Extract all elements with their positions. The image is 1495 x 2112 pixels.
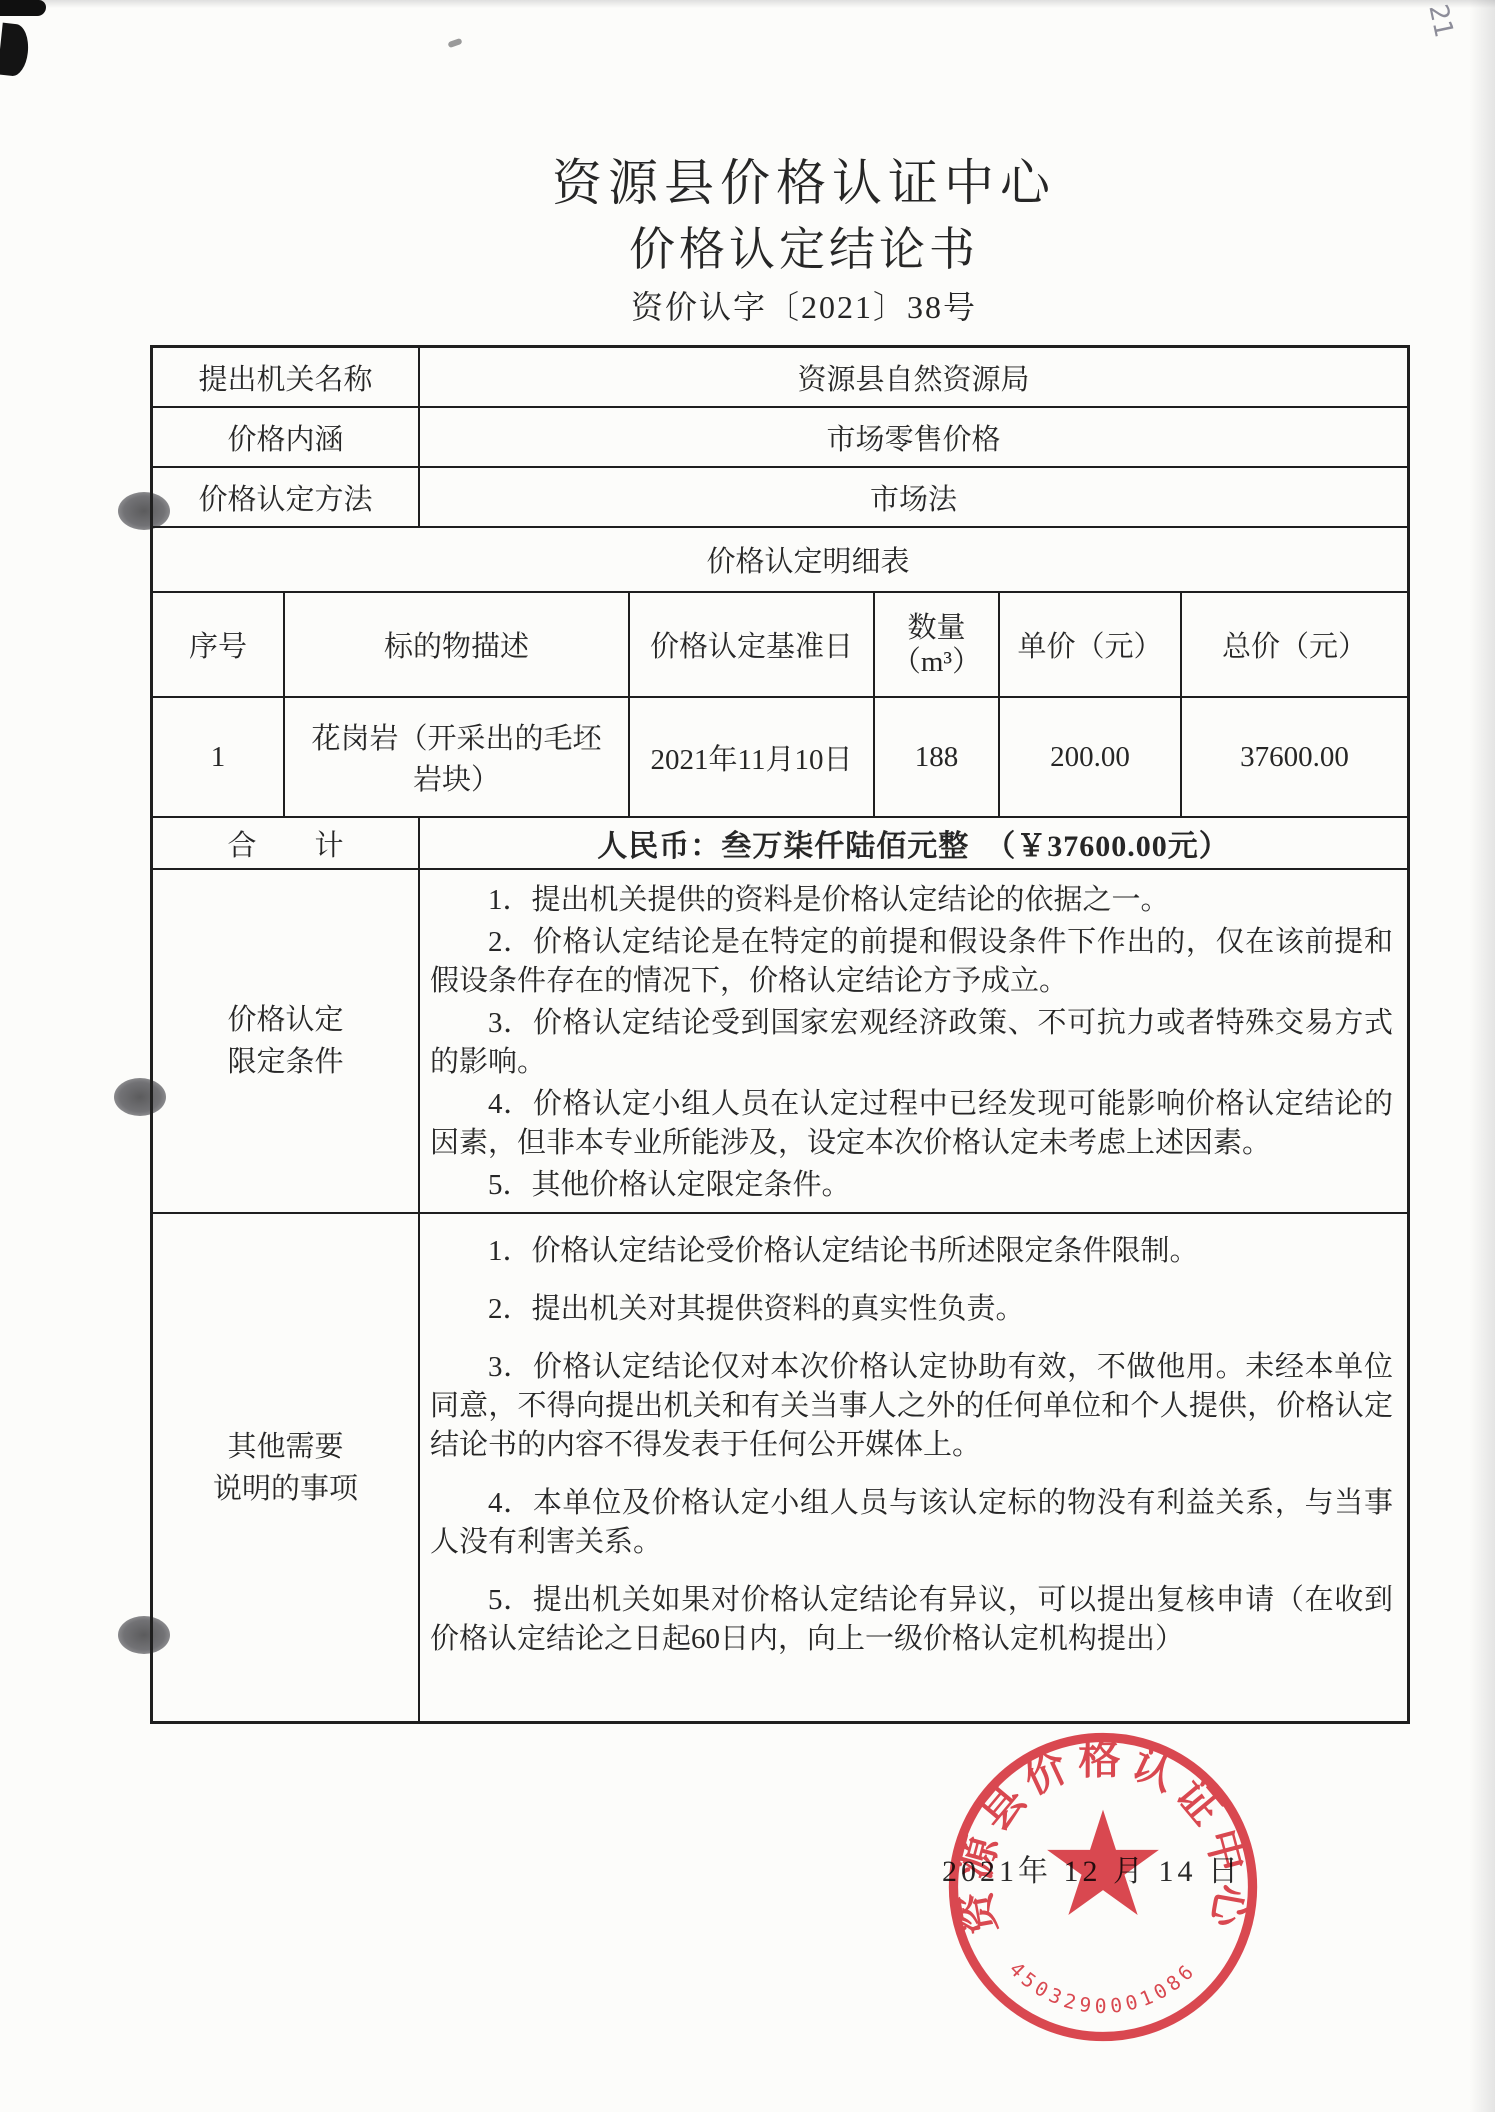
scan-smudge [447,38,462,48]
note-item: 4．本单位及价格认定小组人员与该认定标的物没有利益关系，与当事人没有利害关系。 [430,1484,1393,1562]
document-title: 价格认定结论书 [178,218,1430,282]
other-notes-row: 其他需要 说明的事项 1．价格认定结论受价格认定结论书所述限定条件限制。 2．提… [153,1212,1407,1721]
limit-item: 1．提出机关提供的资料是价格认定结论的依据之一。 [430,881,1393,920]
cell-quantity: 188 [873,698,998,816]
detail-table-header-row: 序号 标的物描述 价格认定基准日 数量 （m³） 单价（元） 总价（元） [153,591,1407,696]
header-base-date: 价格认定基准日 [628,593,873,696]
total-value: 人民币：叁万柒仟陆佰元整 （￥37600.00元） [418,818,1407,868]
limit-item: 2．价格认定结论是在特定的前提和假设条件下作出的，仅在该前提和假设条件存在的情况… [430,923,1393,1001]
other-notes-content: 1．价格认定结论受价格认定结论书所述限定条件限制。 2．提出机关对其提供资料的真… [418,1214,1407,1721]
detail-table-title: 价格认定明细表 [153,528,1407,591]
other-notes-label: 其他需要 说明的事项 [153,1214,418,1721]
cell-total-price: 37600.00 [1180,698,1407,816]
row-label: 价格内涵 [153,408,418,466]
label-line: 价格认定 [227,999,343,1041]
header-quantity-unit: （m³） [892,645,981,679]
table-row-price-meaning: 价格内涵 市场零售价格 [153,406,1407,466]
org-title: 资源县价格认证中心 [178,148,1430,218]
limit-conditions-label: 价格认定 限定条件 [153,870,418,1212]
note-item: 1．价格认定结论受价格认定结论书所述限定条件限制。 [430,1232,1393,1271]
handwritten-page-mark: 21 [1422,2,1458,41]
limit-item: 4．价格认定小组人员在认定过程中已经发现可能影响价格认定结论的因素，但非本专业所… [430,1085,1393,1163]
scan-top-shadow [0,0,1495,8]
header-quantity-label: 数量 [907,611,965,645]
table-row-method: 价格认定方法 市场法 [153,466,1407,526]
conclusion-table: 提出机关名称 资源县自然资源局 价格内涵 市场零售价格 价格认定方法 市场法 价… [150,345,1410,1724]
document-number: 资价认字〔2021〕38号 [178,282,1430,332]
note-item: 5．提出机关如果对价格认定结论有异议，可以提出复核申请（在收到价格认定结论之日起… [430,1581,1393,1659]
row-label: 价格认定方法 [153,468,418,526]
header-total-price: 总价（元） [1180,593,1407,696]
label-line: 限定条件 [227,1041,343,1083]
note-item: 2．提出机关对其提供资料的真实性负责。 [430,1290,1393,1329]
official-red-seal: 资源县价格认证中心 4503290001086 [938,1722,1268,2052]
total-label: 合 计 [153,818,418,868]
header-unit-price: 单价（元） [998,593,1180,696]
note-item: 3．价格认定结论仅对本次价格认定协助有效，不做他用。未经本单位同意，不得向提出机… [430,1348,1393,1465]
seal-star [1047,1810,1159,1915]
cell-description: 花岗岩（开采出的毛坯岩块） [283,698,628,816]
cell-seq: 1 [153,698,283,816]
cell-base-date: 2021年11月10日 [628,698,873,816]
limit-item: 5．其他价格认定限定条件。 [430,1166,1393,1205]
document-header: 资源县价格认证中心 价格认定结论书 资价认字〔2021〕38号 [152,148,1430,332]
row-value: 资源县自然资源局 [418,348,1407,406]
scan-ink-blob [0,0,46,16]
header-seq: 序号 [153,593,283,696]
scanned-document-page: 21 资源县价格认证中心 价格认定结论书 资价认字〔2021〕38号 提出机关名… [0,0,1495,2112]
cell-unit-price: 200.00 [998,698,1180,816]
limit-conditions-content: 1．提出机关提供的资料是价格认定结论的依据之一。 2．价格认定结论是在特定的前提… [418,870,1407,1212]
scan-edge-shadow [1469,0,1495,2112]
label-line: 说明的事项 [213,1468,358,1510]
seal-serial-number: 4503290001086 [1005,1958,1201,2018]
scan-ink-blob [0,23,31,78]
row-label: 提出机关名称 [153,348,418,406]
detail-table-section-row: 价格认定明细表 [153,526,1407,591]
detail-table-data-row: 1 花岗岩（开采出的毛坯岩块） 2021年11月10日 188 200.00 3… [153,696,1407,816]
row-value: 市场零售价格 [418,408,1407,466]
header-quantity: 数量 （m³） [873,593,998,696]
limit-conditions-row: 价格认定 限定条件 1．提出机关提供的资料是价格认定结论的依据之一。 2．价格认… [153,868,1407,1212]
table-row-proposing-agency: 提出机关名称 资源县自然资源局 [153,348,1407,406]
label-line: 其他需要 [227,1426,343,1468]
row-value: 市场法 [418,468,1407,526]
limit-item: 3．价格认定结论受到国家宏观经济政策、不可抗力或者特殊交易方式的影响。 [430,1004,1393,1082]
total-row: 合 计 人民币：叁万柒仟陆佰元整 （￥37600.00元） [153,816,1407,868]
header-description: 标的物描述 [283,593,628,696]
